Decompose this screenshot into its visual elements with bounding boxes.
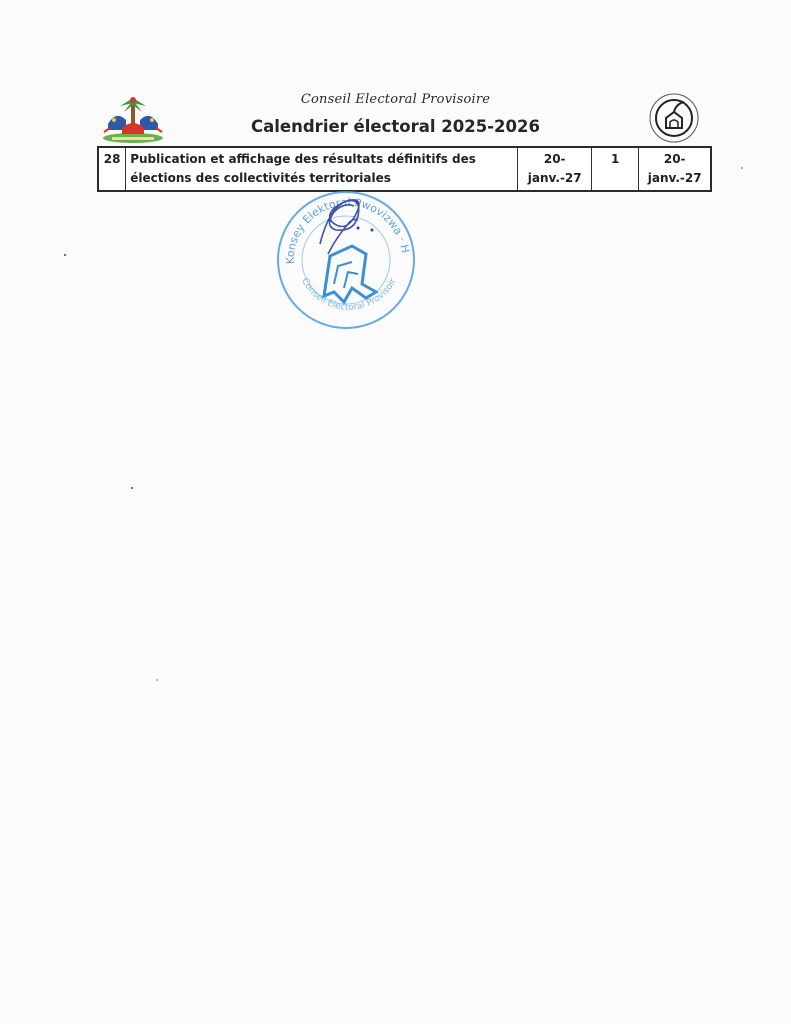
start-date: 20-janv.-27: [518, 147, 592, 191]
scan-speck: [131, 487, 133, 489]
scan-speck: [64, 254, 66, 256]
document-page: Conseil Electoral Provisoire Calendrier …: [0, 0, 791, 1024]
cep-seal-icon: [648, 92, 700, 144]
row-number: 28: [98, 147, 126, 191]
scan-speck: [741, 167, 743, 169]
end-date: 20-janv.-27: [639, 147, 711, 191]
scan-speck: [156, 679, 158, 681]
duration: 1: [592, 147, 639, 191]
official-stamp-icon: Konsey Elektoral Pwovizwa · HAITI Consei…: [272, 184, 420, 332]
